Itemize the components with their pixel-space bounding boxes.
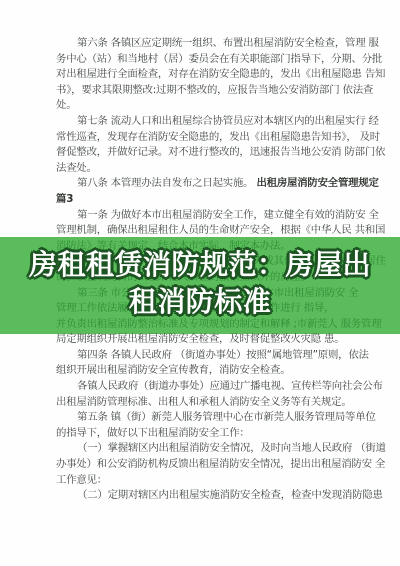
doc-line: 督促整改，并做好记录。对不进行整改的，迅速报告当地公安消 防部门依 [56,145,392,161]
doc-line: 第八条 本管理办法自发布之日起实施。 出租房屋消防安全管理规定 [56,176,392,192]
doc-line: （二）定期对辖区内出租屋实施消防安全检查，检查中发现消防隐患 [56,488,392,504]
overlay-title-line1: 房租租赁消防规范：房屋出 [0,246,400,283]
doc-line: 各镇人民政府（街道办事处）应通过广播电视、宣传栏等向社会公布 [56,379,392,395]
doc-line: 管理机制，确保出租屋租住人员的生命财产安全，根据《中华人民 共和国 [56,223,392,239]
doc-line: 工作意见： [56,473,392,489]
doc-line: 书》，要求其限期整改:过期不整改的，应报告当地公安消防部门 依法查 [56,83,392,99]
doc-line: 第七条 流动人口和出租屋综合协管员应对本辖区内的出租屋实行 经 [56,114,392,130]
doc-line: 对出租屋进行全面检查，对存在消防安全隐患的，发出《出租屋隐患 告知 [56,67,392,83]
doc-line: 第四条 各镇人民政府 （街道办事处）按照“属地管理”原则，依法 [56,348,392,364]
overlay-title-line2: 租消防标准 [0,283,400,320]
doc-line: 篇3 [56,192,392,208]
doc-line: 第五条 镇（街）新莞人服务管理中心在市新莞人服务管理局等单位 [56,410,392,426]
doc-line: 的指导下，做好以下出租屋消防安全工作： [56,426,392,442]
doc-line: 办事处）和公安消防机构反馈出租屋消防安全情况，提出出租屋消防安 全 [56,457,392,473]
doc-line: 局定期组织开展出租屋消防安全检查，及时督促整改火灾隐 患。 [56,332,392,348]
scanned-document-page: 第六条 各镇区应定期统一组织、布置出租屋消防安全检查，管理 服务中心（站）和当地… [0,0,400,566]
doc-line: 法查处。 [56,161,392,177]
doc-line: 第六条 各镇区应定期统一组织、布置出租屋消防安全检查，管理 服 [56,36,392,52]
doc-line: 组织开展出租屋消防安全宣传教育，消防安全检查。 [56,363,392,379]
doc-line: 第一条 为做好本市出租屋消防安全工作，建立健全有效的消防安 全 [56,208,392,224]
doc-line: 出租屋消防管理标准、出租人和承租人消防安全义务等有关规定。 [56,395,392,411]
doc-line: （一）掌握辖区内出租屋消防安全情况，及时向当地人民政府 （街道 [56,441,392,457]
doc-line: 常性巡查，发现存在消防安全隐患的，发出《出租屋隐患告知书》， 及时 [56,130,392,146]
doc-line: 务中心（站）和当地村（居）委员会在有关职能部门指导下，分期、分批 [56,52,392,68]
overlay-title: 房租租赁消防规范：房屋出 租消防标准 [0,246,400,320]
doc-line: 处。 [56,98,392,114]
